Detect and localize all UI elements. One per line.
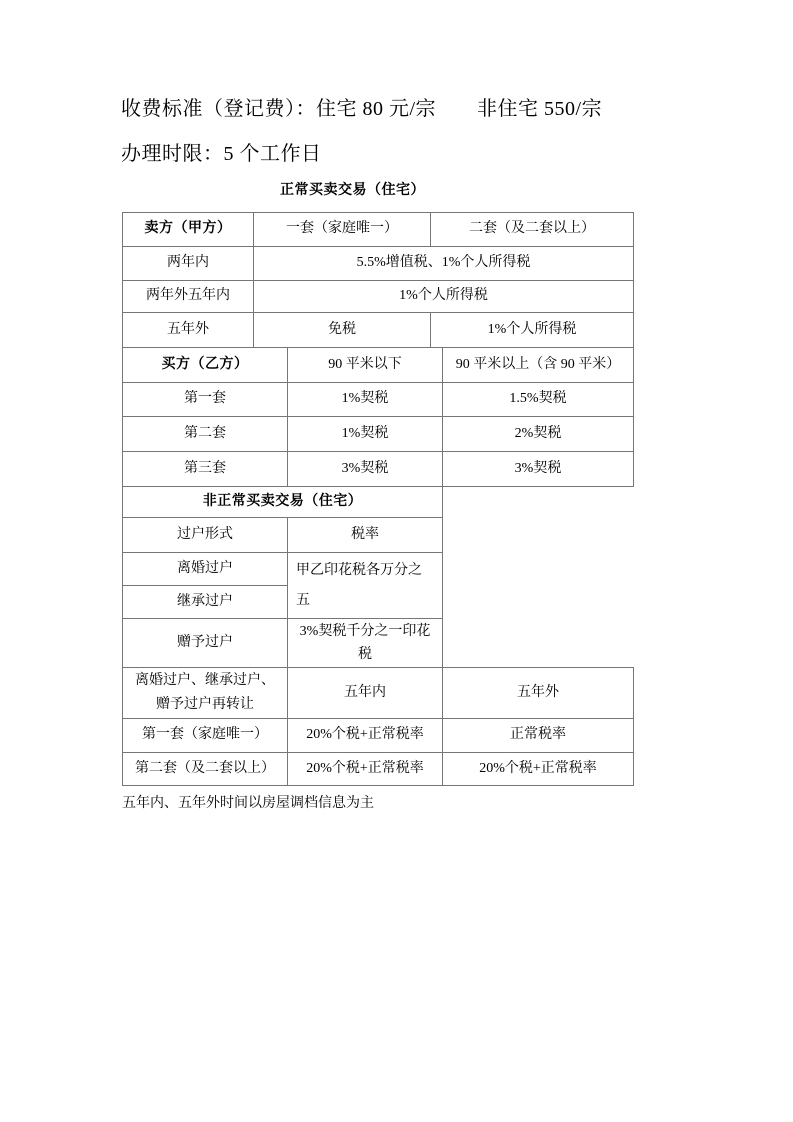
table-row: 赠予过户 3%契税千分之一印花税	[123, 619, 443, 668]
row-label-cell: 第二套（及二套以上）	[123, 753, 288, 786]
processing-time-line: 办理时限：5 个工作日	[121, 137, 322, 166]
row-label-cell: 第三套	[123, 452, 288, 487]
table-row: 第二套（及二套以上） 20%个税+正常税率 20%个税+正常税率	[123, 753, 634, 786]
tax-value-cell: 正常税率	[443, 719, 634, 753]
table-row: 五年外 免税 1%个人所得税	[123, 313, 634, 348]
tax-value-cell: 1%契税	[288, 383, 443, 417]
beyond-five-years-cell: 五年外	[443, 668, 634, 719]
row-label-cell: 五年外	[123, 313, 254, 348]
tax-value-cell: 1.5%契税	[443, 383, 634, 417]
row-label-cell: 离婚过户	[123, 553, 288, 586]
under-90sqm-header-cell: 90 平米以下	[288, 348, 443, 383]
row-label-cell: 第二套	[123, 417, 288, 452]
table-row: 第二套 1%契税 2%契税	[123, 417, 634, 452]
table-row: 离婚过户 甲乙印花税各万分之五	[123, 553, 443, 586]
abnormal-section-title: 非正常买卖交易（住宅）	[123, 487, 443, 518]
tax-value-cell: 3%契税	[288, 452, 443, 487]
abnormal-section-table: 非正常买卖交易（住宅） 过户形式 税率 离婚过户 甲乙印花税各万分之五 继承过户…	[122, 486, 443, 668]
tax-value-cell: 5.5%增值税、1%个人所得税	[254, 247, 634, 281]
table-row: 第一套（家庭唯一） 20%个税+正常税率 正常税率	[123, 719, 634, 753]
table-row: 第一套 1%契税 1.5%契税	[123, 383, 634, 417]
stamp-duty-value-cell: 甲乙印花税各万分之五	[288, 553, 443, 619]
seller-section-table: 卖方（甲方） 一套（家庭唯一） 二套（及二套以上） 两年内 5.5%增值税、1%…	[122, 212, 634, 348]
tax-value-cell: 1%个人所得税	[431, 313, 634, 348]
tax-value-cell: 2%契税	[443, 417, 634, 452]
tax-value-cell: 20%个税+正常税率	[288, 719, 443, 753]
tax-table: 卖方（甲方） 一套（家庭唯一） 二套（及二套以上） 两年内 5.5%增值税、1%…	[122, 212, 634, 786]
seller-header-cell: 卖方（甲方）	[123, 213, 254, 247]
table-row: 离婚过户、继承过户、赠予过户再转让 五年内 五年外	[123, 668, 634, 719]
table-row: 非正常买卖交易（住宅）	[123, 487, 443, 518]
table-row: 过户形式 税率	[123, 518, 443, 553]
tax-value-cell: 免税	[254, 313, 431, 348]
table-row: 卖方（甲方） 一套（家庭唯一） 二套（及二套以上）	[123, 213, 634, 247]
table-row: 第三套 3%契税 3%契税	[123, 452, 634, 487]
table-row: 两年内 5.5%增值税、1%个人所得税	[123, 247, 634, 281]
over-90sqm-header-cell: 90 平米以上（含 90 平米）	[443, 348, 634, 383]
table-row: 买方（乙方） 90 平米以下 90 平米以上（含 90 平米）	[123, 348, 634, 383]
row-label-cell: 继承过户	[123, 586, 288, 619]
tax-value-cell: 20%个税+正常税率	[443, 753, 634, 786]
row-label-cell: 第一套（家庭唯一）	[123, 719, 288, 753]
row-label-cell: 两年内	[123, 247, 254, 281]
footer-note: 五年内、五年外时间以房屋调档信息为主	[122, 792, 374, 812]
within-five-years-cell: 五年内	[288, 668, 443, 719]
tax-value-cell: 3%契税	[443, 452, 634, 487]
tax-value-cell: 1%契税	[288, 417, 443, 452]
transfer-type-header-cell: 过户形式	[123, 518, 288, 553]
row-label-cell: 赠予过户	[123, 619, 288, 668]
buyer-header-cell: 买方（乙方）	[123, 348, 288, 383]
one-home-header-cell: 一套（家庭唯一）	[254, 213, 431, 247]
resale-section-table: 离婚过户、继承过户、赠予过户再转让 五年内 五年外 第一套（家庭唯一） 20%个…	[122, 667, 634, 786]
tax-value-cell: 1%个人所得税	[254, 281, 634, 313]
row-label-cell: 两年外五年内	[123, 281, 254, 313]
row-label-cell: 离婚过户、继承过户、赠予过户再转让	[123, 668, 288, 719]
row-label-cell: 第一套	[123, 383, 288, 417]
tax-value-cell: 20%个税+正常税率	[288, 753, 443, 786]
buyer-section-table: 买方（乙方） 90 平米以下 90 平米以上（含 90 平米） 第一套 1%契税…	[122, 347, 634, 487]
normal-table-title: 正常买卖交易（住宅）	[122, 179, 583, 199]
fee-standard-line: 收费标准（登记费）：住宅 80 元/宗 非住宅 550/宗	[121, 92, 602, 121]
tax-rate-header-cell: 税率	[288, 518, 443, 553]
two-home-header-cell: 二套（及二套以上）	[431, 213, 634, 247]
gift-tax-value-cell: 3%契税千分之一印花税	[288, 619, 443, 668]
table-row: 两年外五年内 1%个人所得税	[123, 281, 634, 313]
